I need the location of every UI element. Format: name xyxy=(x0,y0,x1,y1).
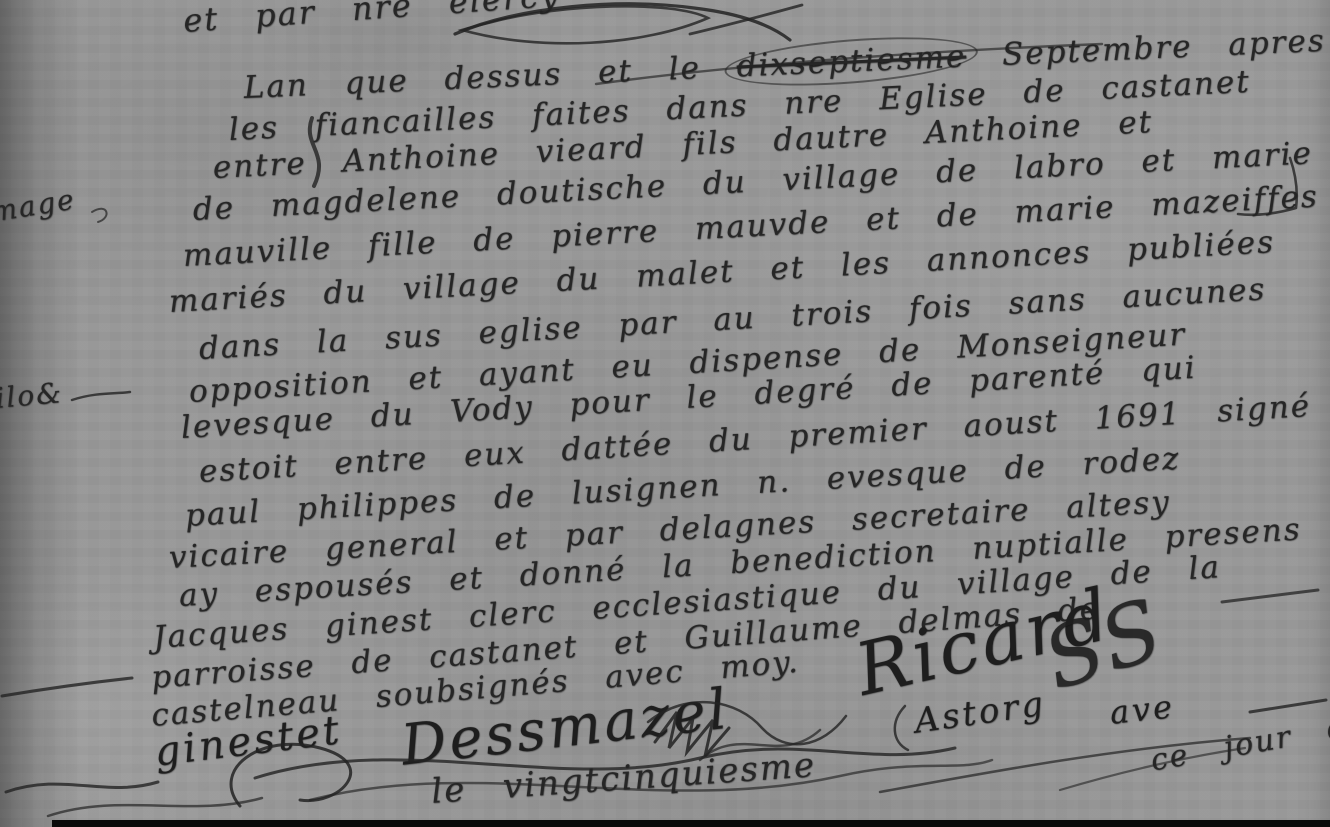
signature-ave: ave xyxy=(1108,687,1177,732)
margin-note-ilot: ilo& xyxy=(0,376,64,415)
manuscript-page: et par nre elercy mage ilo& Lan que dess… xyxy=(0,0,1330,827)
scan-edge-bar xyxy=(52,820,1330,827)
line-text: Septembre apres xyxy=(965,23,1326,75)
top-partial-line: et par nre elercy xyxy=(182,0,561,40)
margin-note-mariage: mage xyxy=(0,183,78,229)
struck-word: dixseptiesme xyxy=(736,38,967,84)
